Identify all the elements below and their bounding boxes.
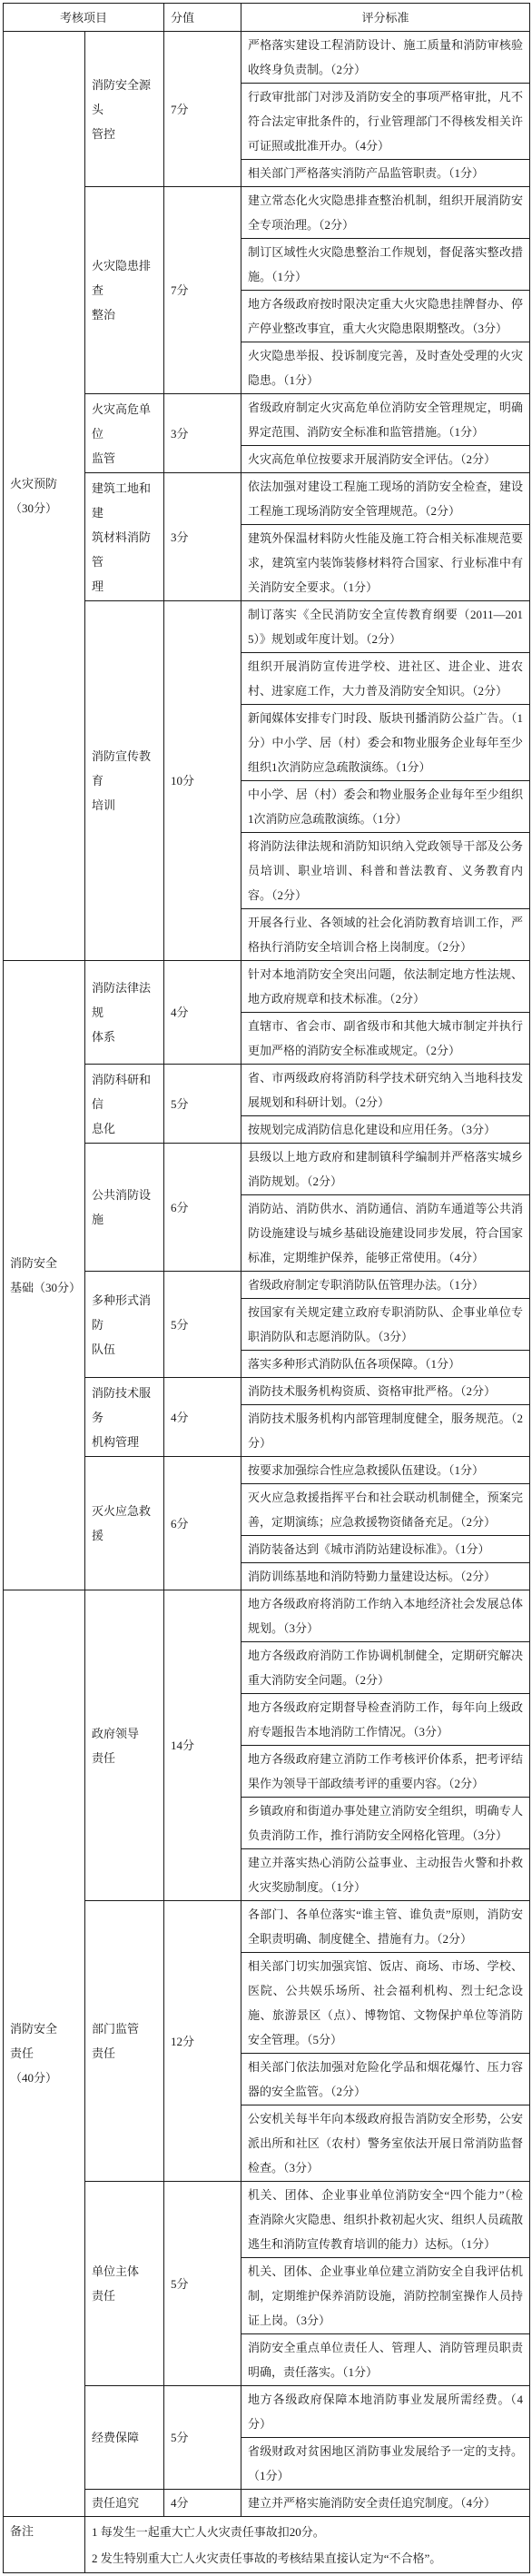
score-cell: 12分 xyxy=(164,1901,241,2182)
subcategory-cell: 建筑工地和建 筑材料消防管 理 xyxy=(85,473,164,601)
criteria-table-body: 火灾预防 （30分）消防安全源头 管控7分严格落实建设工程消防设计、施工质量和消… xyxy=(4,32,530,2517)
assessment-table: 考核项目 分值 评分标准 火灾预防 （30分）消防安全源头 管控7分严格落实建设… xyxy=(3,3,530,2573)
criterion-cell: 消防安全重点单位责任人、管理人、消防管理员职责明确，责任落实。（1分） xyxy=(241,2334,530,2386)
criteria-row: 消防安全 责任 （40分）政府领导 责任14分地方各级政府将消防工作纳入本地经济… xyxy=(4,1590,530,1642)
subcategory-cell: 消防安全源头 管控 xyxy=(85,32,164,187)
criterion-cell: 制订落实《全民消防安全宣传教育纲要（2011—2015）》规划或年度计划。（2分… xyxy=(241,601,530,653)
category-cell: 火灾预防 （30分） xyxy=(4,32,85,961)
score-cell: 5分 xyxy=(164,1065,241,1144)
category-cell: 消防安全 责任 （40分） xyxy=(4,1590,85,2517)
header-project: 考核项目 xyxy=(4,4,164,32)
category-cell: 消防安全 基础（30分） xyxy=(4,961,85,1590)
criterion-cell: 建立常态化火灾隐患排查整治机制，组织开展消防安全专项治理。（2分） xyxy=(241,187,530,239)
criterion-cell: 地方各级政府消防工作协调机制健全，定期研究解决重大消防安全问题。（2分） xyxy=(241,1642,530,1694)
criterion-cell: 组织开展消防宣传进学校、进社区、进企业、进农村、进家庭工作，大力普及消防安全知识… xyxy=(241,653,530,705)
criterion-cell: 地方各级政府将消防工作纳入本地经济社会发展总体规划。（3分） xyxy=(241,1590,530,1642)
criterion-cell: 按国家有关规定建立政府专职消防队、企事业单位专职消防队和志愿消防队。（3分） xyxy=(241,1299,530,1351)
subcategory-cell: 消防科研和信 息化 xyxy=(85,1065,164,1144)
criterion-cell: 公安机关每半年向本级政府报告消防安全形势，公安派出所和社区（农村）警务室依法开展… xyxy=(241,2105,530,2182)
table-footer: 备注 1 每发生一起重大亡人火灾责任事故扣20分。 2 发生特别重大亡人火灾责任… xyxy=(4,2517,530,2573)
criterion-cell: 相关部门切实加强宾馆、饭店、商场、市场、学校、医院、公共娱乐场所、社会福利机构、… xyxy=(241,1953,530,2054)
header-criteria: 评分标准 xyxy=(241,4,530,32)
subcategory-cell: 公共消防设施 xyxy=(85,1144,164,1272)
remark-line-1: 1 每发生一起重大亡人火灾责任事故扣20分。 xyxy=(92,2519,523,2545)
criterion-cell: 建筑外保温材料防火性能及施工符合相关标准规范要求，建筑室内装饰装修材料符合国家、… xyxy=(241,525,530,601)
criterion-cell: 依法加强对建设工程施工现场的消防安全检查，建设工程施工现场消防安全管理规范。（2… xyxy=(241,473,530,525)
criterion-cell: 地方各级政府定期督导检查消防工作，每年向上级政府专题报告本地消防工作情况。（3分… xyxy=(241,1694,530,1746)
document-sheet: 考核项目 分值 评分标准 火灾预防 （30分）消防安全源头 管控7分严格落实建设… xyxy=(0,0,532,2576)
criterion-cell: 火灾高危单位按要求开展消防安全评估。（2分） xyxy=(241,446,530,473)
criterion-cell: 火灾隐患举报、投诉制度完善，及时查处受理的火灾隐患。（1分） xyxy=(241,342,530,394)
score-cell: 10分 xyxy=(164,601,241,961)
criterion-cell: 相关部门严格落实消防产品监管职责。（1分） xyxy=(241,160,530,187)
criterion-cell: 地方各级政府按时限决定重大火灾隐患挂牌督办、停产停业整改事宜，重大火灾隐患限期整… xyxy=(241,291,530,342)
criteria-row: 消防安全 基础（30分）消防法律法规 体系4分针对本地消防安全突出问题，依法制定… xyxy=(4,961,530,1013)
criterion-cell: 消防站、消防供水、消防通信、消防车通道等公共消防设施建设与城乡基础设施建设同步发… xyxy=(241,1195,530,1272)
criterion-cell: 县级以上地方政府和建制镇科学编制并严格落实城乡消防规划。（2分） xyxy=(241,1144,530,1195)
subcategory-cell: 火灾高危单位 监管 xyxy=(85,394,164,473)
criterion-cell: 灭火应急救援指挥平台和社会联动机制健全，预案完善，定期演练；应急救援物资储备充足… xyxy=(241,1484,530,1536)
criterion-cell: 相关部门依法加强对危险化学品和烟花爆竹、压力容器的安全监管。（2分） xyxy=(241,2054,530,2105)
criterion-cell: 新闻媒体安排专门时段、版块刊播消防公益广告。（1分）中小学、居（村）委会和物业服… xyxy=(241,705,530,781)
criterion-cell: 地方各级政府保障本地消防事业发展所需经费。（4分） xyxy=(241,2386,530,2438)
remark-line-2: 2 发生特别重大亡人火灾责任事故的考核结果直接认定为“不合格”。 xyxy=(92,2545,523,2571)
criterion-cell: 针对本地消防安全突出问题，依法制定地方性法规、地方政府规章和技术标准。（2分） xyxy=(241,961,530,1013)
criterion-cell: 各部门、各单位落实“谁主管、谁负责”原则，消防安全职责明确、制度健全、措施有力。… xyxy=(241,1901,530,1953)
criterion-cell: 将消防法律法规和消防知识纳入党政领导干部及公务员培训、职业培训、科普和普法教育、… xyxy=(241,833,530,909)
score-cell: 5分 xyxy=(164,2386,241,2490)
score-cell: 6分 xyxy=(164,1457,241,1590)
subcategory-cell: 火灾隐患排查 整治 xyxy=(85,187,164,394)
criterion-cell: 省级财政对贫困地区消防事业发展给予一定的支持。（1分） xyxy=(241,2438,530,2490)
subcategory-cell: 多种形式消防 队伍 xyxy=(85,1272,164,1378)
criterion-cell: 省级政府制定火灾高危单位消防安全管理规定，明确界定范围、消防安全标准和监管措施。… xyxy=(241,394,530,446)
criterion-cell: 制订区域性火灾隐患整治工作规划，督促落实整改措施。（1分） xyxy=(241,239,530,291)
table-header: 考核项目 分值 评分标准 xyxy=(4,4,530,32)
criterion-cell: 消防训练基地和消防特勤力量建设达标。（2分） xyxy=(241,1563,530,1590)
remark-label-cell: 备注 xyxy=(4,2517,85,2573)
subcategory-cell: 经费保障 xyxy=(85,2386,164,2490)
score-cell: 7分 xyxy=(164,187,241,394)
criterion-cell: 地方各级政府建立消防工作考核评价体系，把考评结果作为领导干部政绩考评的重要内容。… xyxy=(241,1746,530,1798)
score-cell: 6分 xyxy=(164,1144,241,1272)
score-cell: 3分 xyxy=(164,473,241,601)
subcategory-cell: 部门监管 责任 xyxy=(85,1901,164,2182)
criterion-cell: 建立并严格实施消防安全责任追究制度。（4分） xyxy=(241,2490,530,2517)
criterion-cell: 机关、团体、企业事业单位消防安全“四个能力”（检查消除火灾隐患、组织扑救初起火灾… xyxy=(241,2182,530,2258)
subcategory-cell: 责任追究 xyxy=(85,2490,164,2517)
score-cell: 3分 xyxy=(164,394,241,473)
criterion-cell: 开展各行业、各领域的社会化消防教育培训工作，严格执行消防安全培训合格上岗制度。（… xyxy=(241,909,530,961)
criterion-cell: 中小学、居（村）委会和物业服务企业每年至少组织1次消防应急疏散演练。（1分） xyxy=(241,781,530,833)
criteria-row: 火灾预防 （30分）消防安全源头 管控7分严格落实建设工程消防设计、施工质量和消… xyxy=(4,32,530,84)
header-row: 考核项目 分值 评分标准 xyxy=(4,4,530,32)
criterion-cell: 按规划完成消防信息化建设和应用任务。（3分） xyxy=(241,1116,530,1144)
subcategory-cell: 政府领导 责任 xyxy=(85,1590,164,1901)
subcategory-cell: 灭火应急救援 xyxy=(85,1457,164,1590)
score-cell: 14分 xyxy=(164,1590,241,1901)
remark-row: 备注 1 每发生一起重大亡人火灾责任事故扣20分。 2 发生特别重大亡人火灾责任… xyxy=(4,2517,530,2573)
score-cell: 5分 xyxy=(164,2182,241,2386)
subcategory-cell: 消防宣传教育 培训 xyxy=(85,601,164,961)
criterion-cell: 消防技术服务机构内部管理制度健全，服务规范。（2分） xyxy=(241,1405,530,1457)
header-score: 分值 xyxy=(164,4,241,32)
criterion-cell: 落实多种形式消防队伍各项保障。（1分） xyxy=(241,1351,530,1378)
subcategory-cell: 消防法律法规 体系 xyxy=(85,961,164,1065)
remark-content-cell: 1 每发生一起重大亡人火灾责任事故扣20分。 2 发生特别重大亡人火灾责任事故的… xyxy=(85,2517,530,2573)
criterion-cell: 省、市两级政府将消防科学技术研究纳入当地科技发展规划和科研计划。（2分） xyxy=(241,1065,530,1116)
criterion-cell: 机关、团体、企业事业单位建立消防安全自我评估机制，定期维护保养消防设施，消防控制… xyxy=(241,2258,530,2334)
criterion-cell: 严格落实建设工程消防设计、施工质量和消防审核验收终身负责制。（2分） xyxy=(241,32,530,84)
score-cell: 4分 xyxy=(164,961,241,1065)
criterion-cell: 直辖市、省会市、副省级市和其他大城市制定并执行更加严格的消防安全标准或规定。（2… xyxy=(241,1013,530,1065)
score-cell: 7分 xyxy=(164,32,241,187)
score-cell: 4分 xyxy=(164,2490,241,2517)
criterion-cell: 乡镇政府和街道办事处建立消防安全组织，明确专人负责消防工作，推行消防安全网格化管… xyxy=(241,1798,530,1849)
criterion-cell: 消防装备达到《城市消防站建设标准》。（1分） xyxy=(241,1536,530,1563)
subcategory-cell: 消防技术服务 机构管理 xyxy=(85,1378,164,1457)
criterion-cell: 按要求加强综合性应急救援队伍建设。（1分） xyxy=(241,1457,530,1484)
criterion-cell: 行政审批部门对涉及消防安全的事项严格审批，凡不符合法定审批条件的，行业管理部门不… xyxy=(241,84,530,160)
criterion-cell: 建立并落实热心消防公益事业、主动报告火警和扑救火灾奖励制度。（1分） xyxy=(241,1849,530,1901)
score-cell: 5分 xyxy=(164,1272,241,1378)
criterion-cell: 省级政府制定专职消防队伍管理办法。（1分） xyxy=(241,1272,530,1299)
subcategory-cell: 单位主体 责任 xyxy=(85,2182,164,2386)
score-cell: 4分 xyxy=(164,1378,241,1457)
criterion-cell: 消防技术服务机构资质、资格审批严格。（2分） xyxy=(241,1378,530,1405)
